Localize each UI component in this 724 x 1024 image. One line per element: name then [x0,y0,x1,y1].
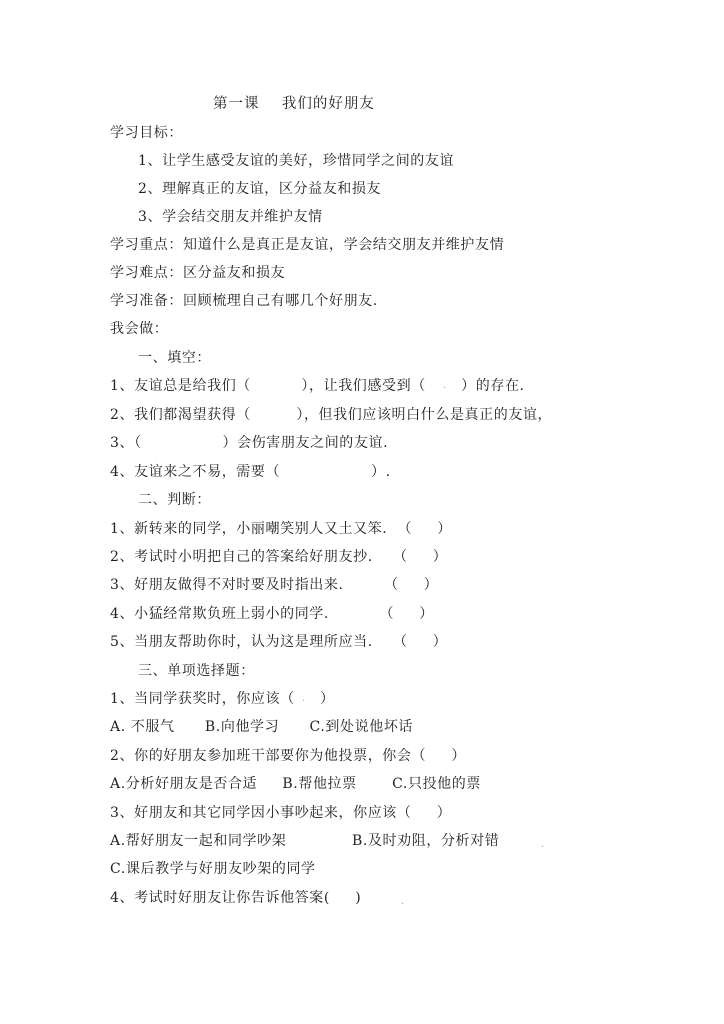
key-point: 学习重点：知道什么是真正是友谊，学会结交朋友并维护友情 [110,236,504,254]
choice-question-stem: 1、当同学获奖时，你应该（ ） [110,690,335,708]
section1-heading: 一、填空： [138,349,211,367]
i-can-do-heading: 我会做： [110,320,168,338]
choice-options: A.分析好朋友是否合适 B.帮他拉票 C.只投他的票 [110,775,481,793]
stray-mark: . [401,893,405,911]
choice-options: C.课后教学与好朋友吵架的同学 [110,860,316,878]
difficulty: 学习难点：区分益友和损友 [110,264,285,282]
preparation: 学习准备：回顾梳理自己有哪几个好朋友. [110,292,378,310]
true-false-item: 2、考试时小明把自己的答案给好朋友抄. （ ） [110,548,447,566]
stray-mark: . [541,836,545,854]
choice-question-stem: 3、好朋友和其它同学因小事吵起来，你应该（ ） [110,804,451,822]
true-false-item: 1、新转来的同学，小丽嘲笑别人又土又笨. （ ） [110,520,452,538]
stray-mark: . [443,377,447,395]
stray-mark: . [302,690,306,708]
choice-question-stem: 2、你的好朋友参加班干部要你为他投票，你会（ ） [110,747,466,765]
fill-blank-item: 2、我们都渴望获得（ ），但我们应该明白什么是真正的友谊， [110,406,552,424]
section3-heading: 三、单项选择题： [138,662,255,680]
objective-item: 2、理解真正的友谊，区分益友和损友 [138,180,381,198]
fill-blank-item: 3、（ ）会伤害朋友之间的友谊. [110,434,388,452]
fill-blank-item: 1、友谊总是给我们（ ），让我们感受到（ ）的存在. [110,377,525,395]
true-false-item: 5、当朋友帮助你时，认为这是理所应当. （ ） [110,633,447,651]
objective-item: 1、让学生感受友谊的美好，珍惜同学之间的友谊 [138,152,454,170]
choice-options: A.帮好朋友一起和同学吵架 B.及时劝阻，分析对错 [110,832,499,850]
true-false-item: 3、好朋友做得不对时要及时指出来. （ ） [110,576,438,594]
choice-options: A. 不服气 B.向他学习 C.到处说他坏话 [110,718,413,736]
objective-item: 3、学会结交朋友并维护友情 [138,208,323,226]
objectives-heading: 学习目标： [110,124,183,142]
true-false-item: 4、小猛经常欺负班上弱小的同学. （ ） [110,605,434,623]
fill-blank-item: 4、友谊来之不易，需要（ ）. [110,463,391,481]
lesson-title: 第一课 我们的好朋友 [213,95,375,113]
choice-question-stem: 4、考试时好朋友让你告诉他答案( ) [110,889,361,907]
section2-heading: 二、判断： [138,491,211,509]
